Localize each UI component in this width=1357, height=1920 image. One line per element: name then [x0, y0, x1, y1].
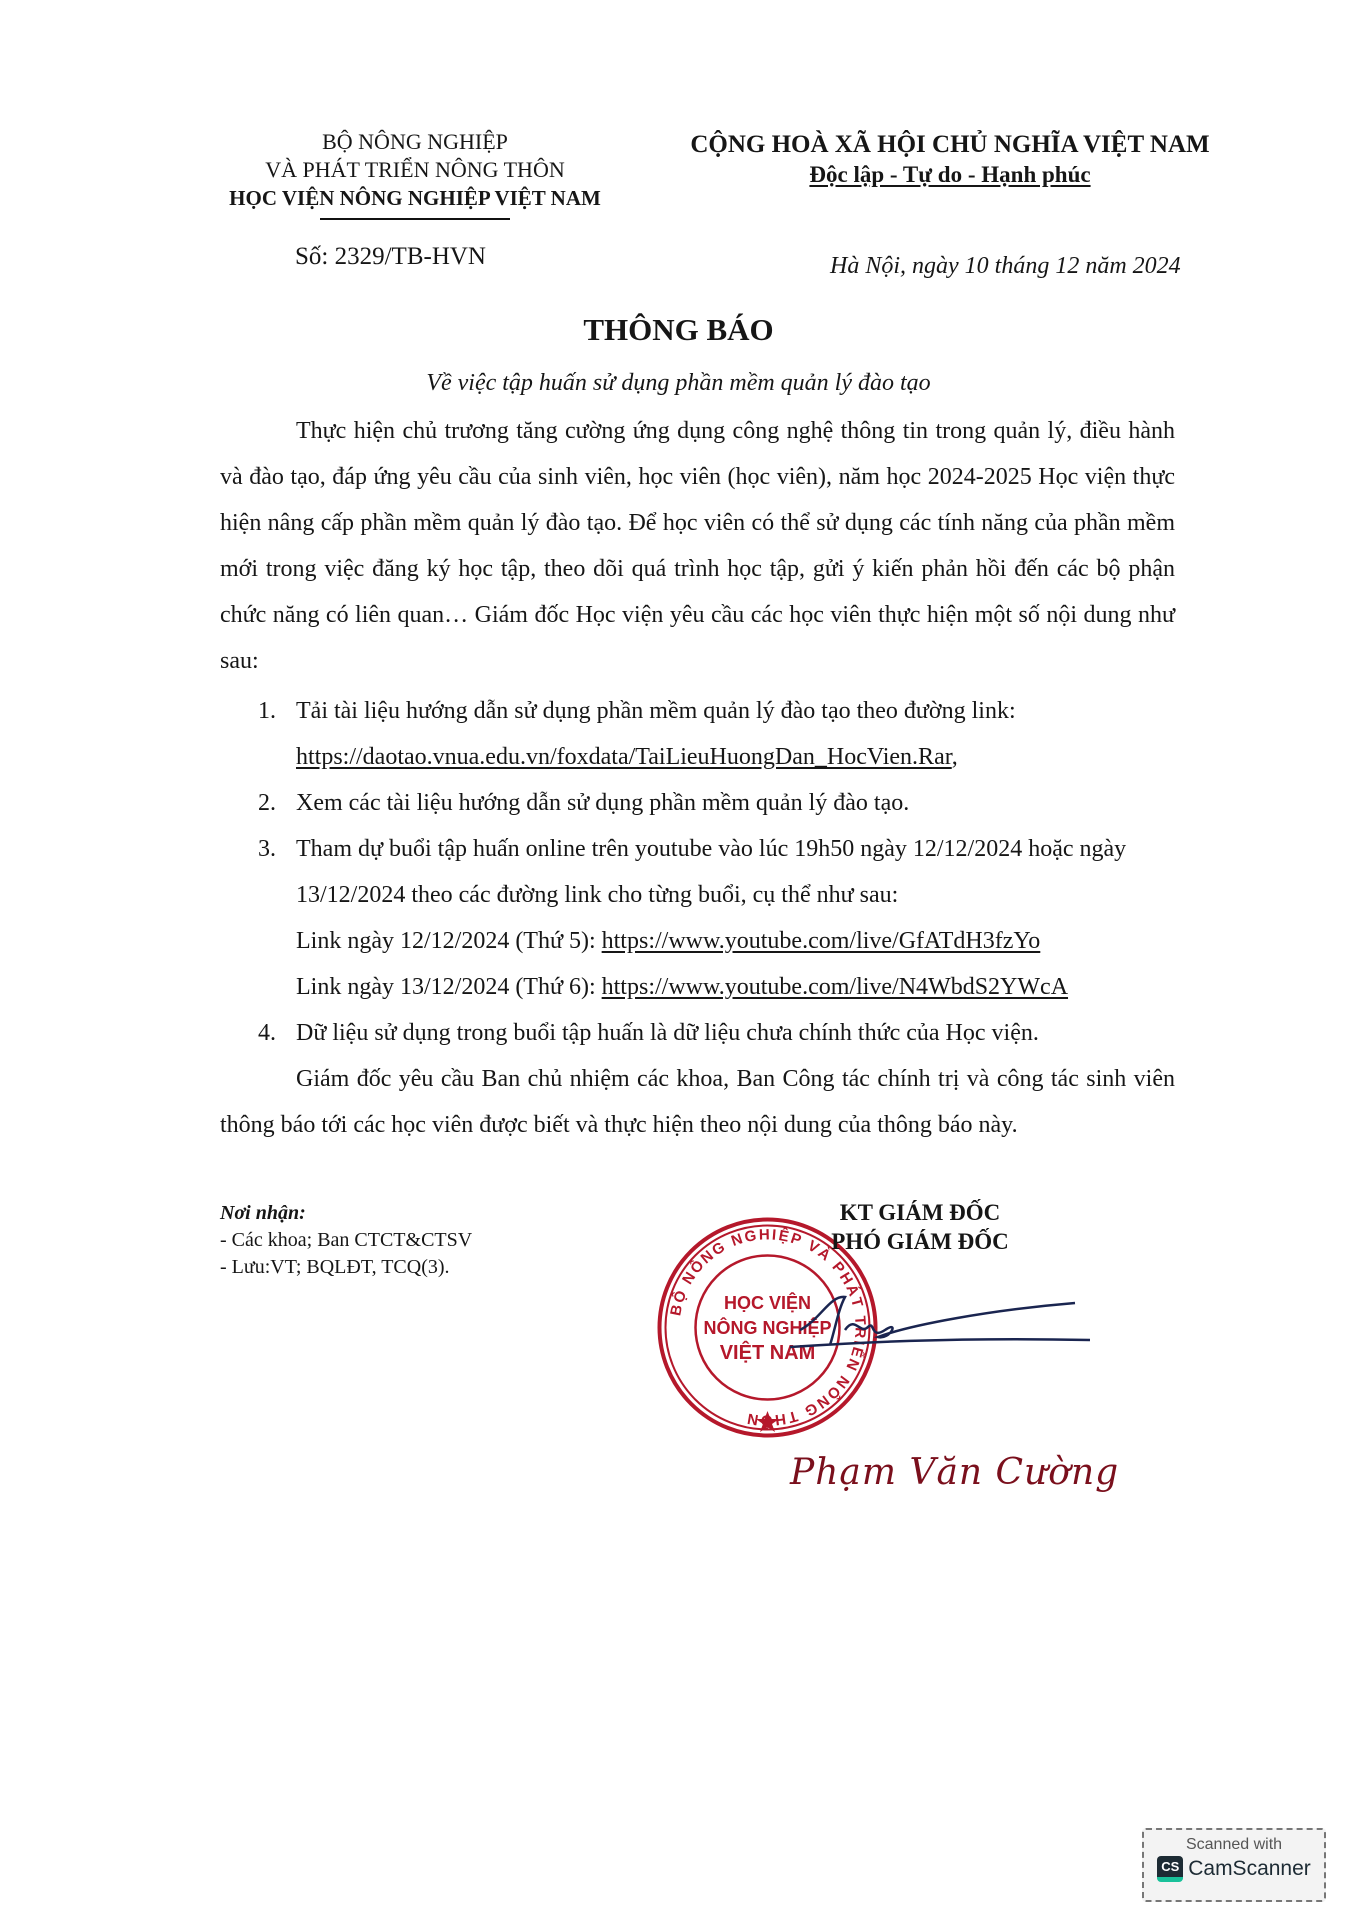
- national-title: CỘNG HOÀ XÃ HỘI CHỦ NGHĨA VIỆT NAM Độc l…: [650, 128, 1250, 188]
- country-name: CỘNG HOÀ XÃ HỘI CHỦ NGHĨA VIỆT NAM: [650, 128, 1250, 162]
- recipients-block: Nơi nhận: - Các khoa; Ban CTCT&CTSV - Lư…: [220, 1200, 472, 1281]
- watermark-caption: Scanned with: [1144, 1836, 1324, 1854]
- closing-paragraph: Giám đốc yêu cầu Ban chủ nhiệm các khoa,…: [220, 1056, 1175, 1148]
- document-page: BỘ NÔNG NGHIỆP VÀ PHÁT TRIỂN NÔNG THÔN H…: [0, 0, 1357, 1920]
- intro-paragraph: Thực hiện chủ trương tăng cường ứng dụng…: [220, 408, 1175, 684]
- signatory-title-line-2: PHÓ GIÁM ĐỐC: [770, 1227, 1070, 1256]
- youtube-link-13-12[interactable]: https://www.youtube.com/live/N4WbdS2YWcA: [602, 974, 1068, 1000]
- list-item-2: 2. Xem các tài liệu hướng dẫn sử dụng ph…: [258, 780, 1178, 826]
- item-text: Dữ liệu sử dụng trong buổi tập huấn là d…: [296, 1010, 1178, 1056]
- ministry-line-1: BỘ NÔNG NGHIỆP: [215, 128, 615, 156]
- issuing-authority: BỘ NÔNG NGHIỆP VÀ PHÁT TRIỂN NÔNG THÔN H…: [215, 128, 615, 220]
- session-label: Link ngày 13/12/2024 (Thứ 6):: [296, 974, 602, 1000]
- guide-download-link[interactable]: https://daotao.vnua.edu.vn/foxdata/TaiLi…: [296, 744, 952, 770]
- camscanner-logo-icon: CS: [1157, 1856, 1183, 1882]
- item-number: 3.: [258, 826, 288, 872]
- camscanner-watermark: Scanned with CS CamScanner: [1142, 1828, 1326, 1902]
- list-item-4: 4. Dữ liệu sử dụng trong buổi tập huấn l…: [258, 1010, 1178, 1056]
- item-number: 4.: [258, 1010, 288, 1056]
- watermark-brand: CamScanner: [1188, 1857, 1311, 1881]
- signatory-name: Phạm Văn Cường: [790, 1452, 1119, 1493]
- header-divider: [320, 218, 510, 220]
- document-subtitle: Về việc tập huấn sử dụng phần mềm quản l…: [0, 370, 1357, 397]
- place-date: Hà Nội, ngày 10 tháng 12 năm 2024: [830, 253, 1181, 280]
- item-text: Tham dự buổi tập huấn online trên youtub…: [296, 826, 1178, 918]
- signatory-title: KT GIÁM ĐỐC PHÓ GIÁM ĐỐC: [770, 1198, 1070, 1256]
- list-item-3: 3. Tham dự buổi tập huấn online trên you…: [258, 826, 1178, 1010]
- item-text: Xem các tài liệu hướng dẫn sử dụng phần …: [296, 780, 1178, 826]
- link-suffix: ,: [952, 744, 958, 770]
- item-number: 1.: [258, 688, 288, 734]
- item-number: 2.: [258, 780, 288, 826]
- document-title: THÔNG BÁO: [0, 312, 1357, 348]
- institution-name: HỌC VIỆN NÔNG NGHIỆP VIỆT NAM: [215, 184, 615, 212]
- recipients-label: Nơi nhận:: [220, 1200, 472, 1227]
- handwritten-signature-icon: [790, 1285, 1090, 1365]
- session-label: Link ngày 12/12/2024 (Thứ 5):: [296, 928, 602, 954]
- session-link-row-1: Link ngày 12/12/2024 (Thứ 5): https://ww…: [296, 918, 1178, 964]
- youtube-link-12-12[interactable]: https://www.youtube.com/live/GfATdH3fzYo: [602, 928, 1041, 954]
- signatory-title-line-1: KT GIÁM ĐỐC: [770, 1198, 1070, 1227]
- item-text: Tải tài liệu hướng dẫn sử dụng phần mềm …: [296, 688, 1178, 734]
- recipient-line: - Các khoa; Ban CTCT&CTSV: [220, 1227, 472, 1254]
- session-link-row-2: Link ngày 13/12/2024 (Thứ 6): https://ww…: [296, 964, 1178, 1010]
- recipient-line: - Lưu:VT; BQLĐT, TCQ(3).: [220, 1254, 472, 1281]
- list-item-1: 1. Tải tài liệu hướng dẫn sử dụng phần m…: [258, 688, 1178, 780]
- national-motto: Độc lập - Tự do - Hạnh phúc: [650, 162, 1250, 188]
- document-number: Số: 2329/TB-HVN: [295, 243, 486, 271]
- ministry-line-2: VÀ PHÁT TRIỂN NÔNG THÔN: [215, 156, 615, 184]
